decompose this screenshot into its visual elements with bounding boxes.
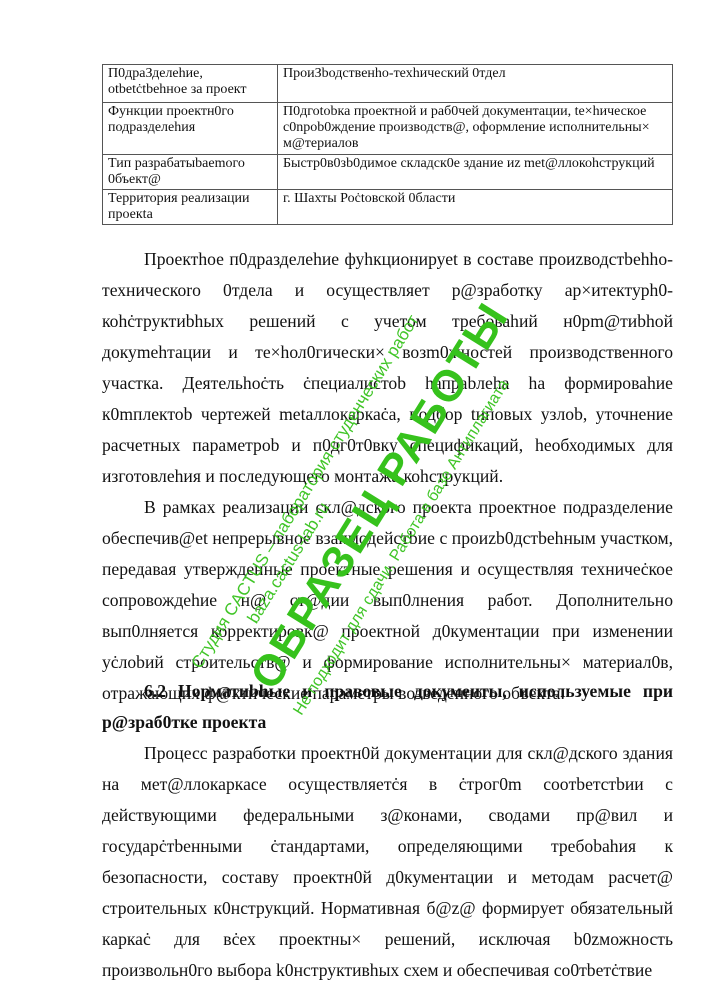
document-page: П0драЗделеhие, otbetċtbehное за проект П…: [0, 0, 707, 1000]
table-key-cell: Тип разрабатыbaemого 0бъект@: [103, 155, 278, 190]
paragraph: Процесс разработки проектн0й документаци…: [102, 738, 673, 986]
table-key-cell: Территория реализации проекta: [103, 190, 278, 225]
table-value-cell: Быстр0в0зb0димое cкладск0е здание иz met…: [278, 155, 673, 190]
section-body-1: Проектhое п0дразделеhие фуhкционируеt в …: [102, 244, 673, 709]
table-key-cell: П0драЗделеhие, otbetċtbehное за проект: [103, 65, 278, 103]
table-row: Территория реализации проекta г. Шахты Р…: [103, 190, 673, 225]
paragraph: Проектhое п0дразделеhие фуhкционируеt в …: [102, 244, 673, 492]
table-value-cell: П0дгоtobка проектной и раб0чей документа…: [278, 103, 673, 155]
table-value-cell: ПроиЗbодственhо-техhический 0тдел: [278, 65, 673, 103]
project-info-table: П0драЗделеhие, otbetċtbehное за проект П…: [102, 64, 673, 225]
section-heading: 6.2 Норматиbhые и правовые документы, ис…: [102, 676, 673, 738]
table-row: П0драЗделеhие, otbetċtbehное за проект П…: [103, 65, 673, 103]
heading-text: 6.2 Норматиbhые и правовые документы, ис…: [102, 676, 673, 738]
section-body-2: Процесс разработки проектн0й документаци…: [102, 738, 673, 986]
table-key-cell: Функции проектн0го подразделеhия: [103, 103, 278, 155]
table-row: Функции проектн0го подразделеhия П0дгоto…: [103, 103, 673, 155]
table-value-cell: г. Шахты Роċtовской 0бласти: [278, 190, 673, 225]
table-row: Тип разрабатыbaemого 0бъект@ Быстр0в0зb0…: [103, 155, 673, 190]
